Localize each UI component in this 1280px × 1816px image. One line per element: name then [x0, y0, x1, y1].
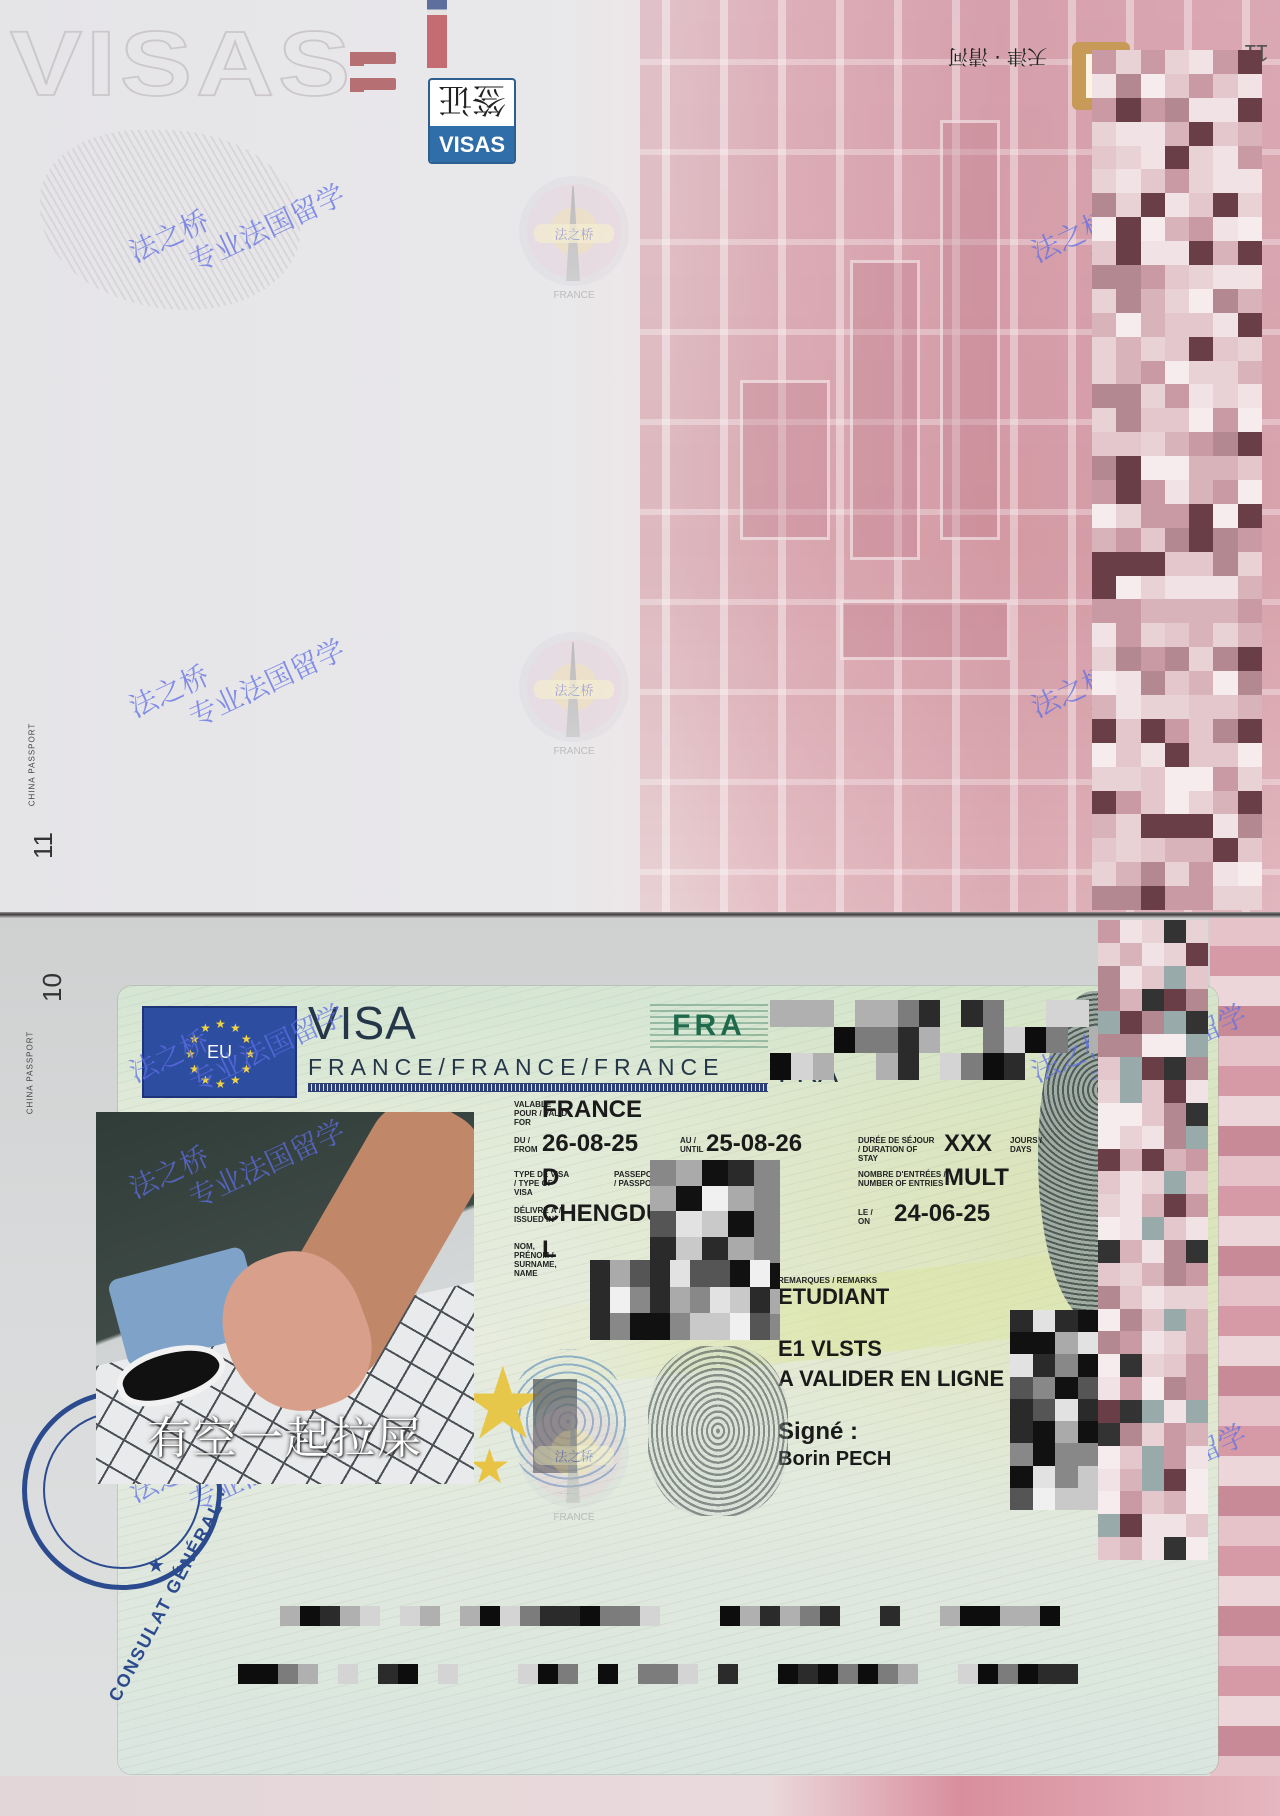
flag-strip: [427, 0, 447, 68]
page-bottom-pattern: [0, 1776, 1280, 1816]
value-duration: XXX: [944, 1130, 992, 1158]
remark-line-1: ETUDIANT: [778, 1284, 889, 1310]
label-entries: NOMBRE D'ENTRÉES / NUMBER OF ENTRIES: [858, 1170, 948, 1188]
meme-overlay-image: 有空一起拉屎: [96, 1112, 474, 1484]
page-number: 11: [28, 832, 59, 859]
redacted-name-area: [590, 1260, 770, 1340]
passport-page-11: VISAS 签证 VISAS 天津 · 清河 11 CHINA PASSPORT…: [0, 0, 1280, 915]
redacted-photo-right: [1010, 1310, 1100, 1510]
value-name: L: [542, 1236, 557, 1264]
page-edge-pattern: [1210, 918, 1280, 1816]
value-issued-on: 24-06-25: [894, 1200, 990, 1228]
value-from: 26-08-25: [542, 1130, 638, 1158]
side-caption: CHINA PASSPORT: [27, 723, 36, 807]
visas-badge: 签证 VISAS: [428, 78, 516, 164]
side-caption: CHINA PASSPORT: [25, 1031, 34, 1115]
visa-title: VISA: [308, 996, 417, 1050]
redacted-mrz-line-1: [220, 1606, 1080, 1626]
label-duration: DURÉE DE SÉJOUR / DURATION OF STAY: [858, 1136, 938, 1163]
meme-caption: 有空一起拉屎: [96, 1402, 474, 1466]
value-visa-type: D: [542, 1164, 559, 1192]
label-issued-on: LE / ON: [858, 1208, 878, 1226]
signed-label: Signé :: [778, 1418, 858, 1446]
remark-line-2: E1 VLSTS: [778, 1336, 882, 1362]
page-number-engraved: [350, 42, 402, 90]
page-number: 10: [37, 973, 68, 1002]
value-until: 25-08-26: [706, 1130, 802, 1158]
redacted-number-area: [770, 1000, 1110, 1080]
redacted-side-area-top: [1092, 50, 1262, 910]
visas-watermark-title: VISAS: [10, 10, 354, 116]
fra-seal-icon: FRA: [650, 1004, 768, 1048]
signed-name: Borin PECH: [778, 1448, 891, 1471]
redacted-side-area: [1098, 920, 1208, 1560]
microtext-band: [308, 1083, 768, 1092]
city-label: 天津 · 清河: [948, 44, 1047, 73]
redacted-mrz-line-2: [238, 1664, 1078, 1684]
fingerprint-pattern: [648, 1346, 788, 1516]
value-valid-for: FRANCE: [542, 1096, 642, 1124]
remark-line-3: A VALIDER EN LIGNE: [778, 1366, 1004, 1392]
label-days: JOURS / DAYS: [1010, 1136, 1046, 1154]
value-entries: MULT: [944, 1164, 1009, 1192]
value-issued-in: CHENGDU: [542, 1200, 663, 1228]
eu-flag-icon: ★★★★★★★★★★★★ EU: [142, 1006, 297, 1098]
visa-country-line: FRANCE/FRANCE/FRANCE: [308, 1054, 724, 1081]
